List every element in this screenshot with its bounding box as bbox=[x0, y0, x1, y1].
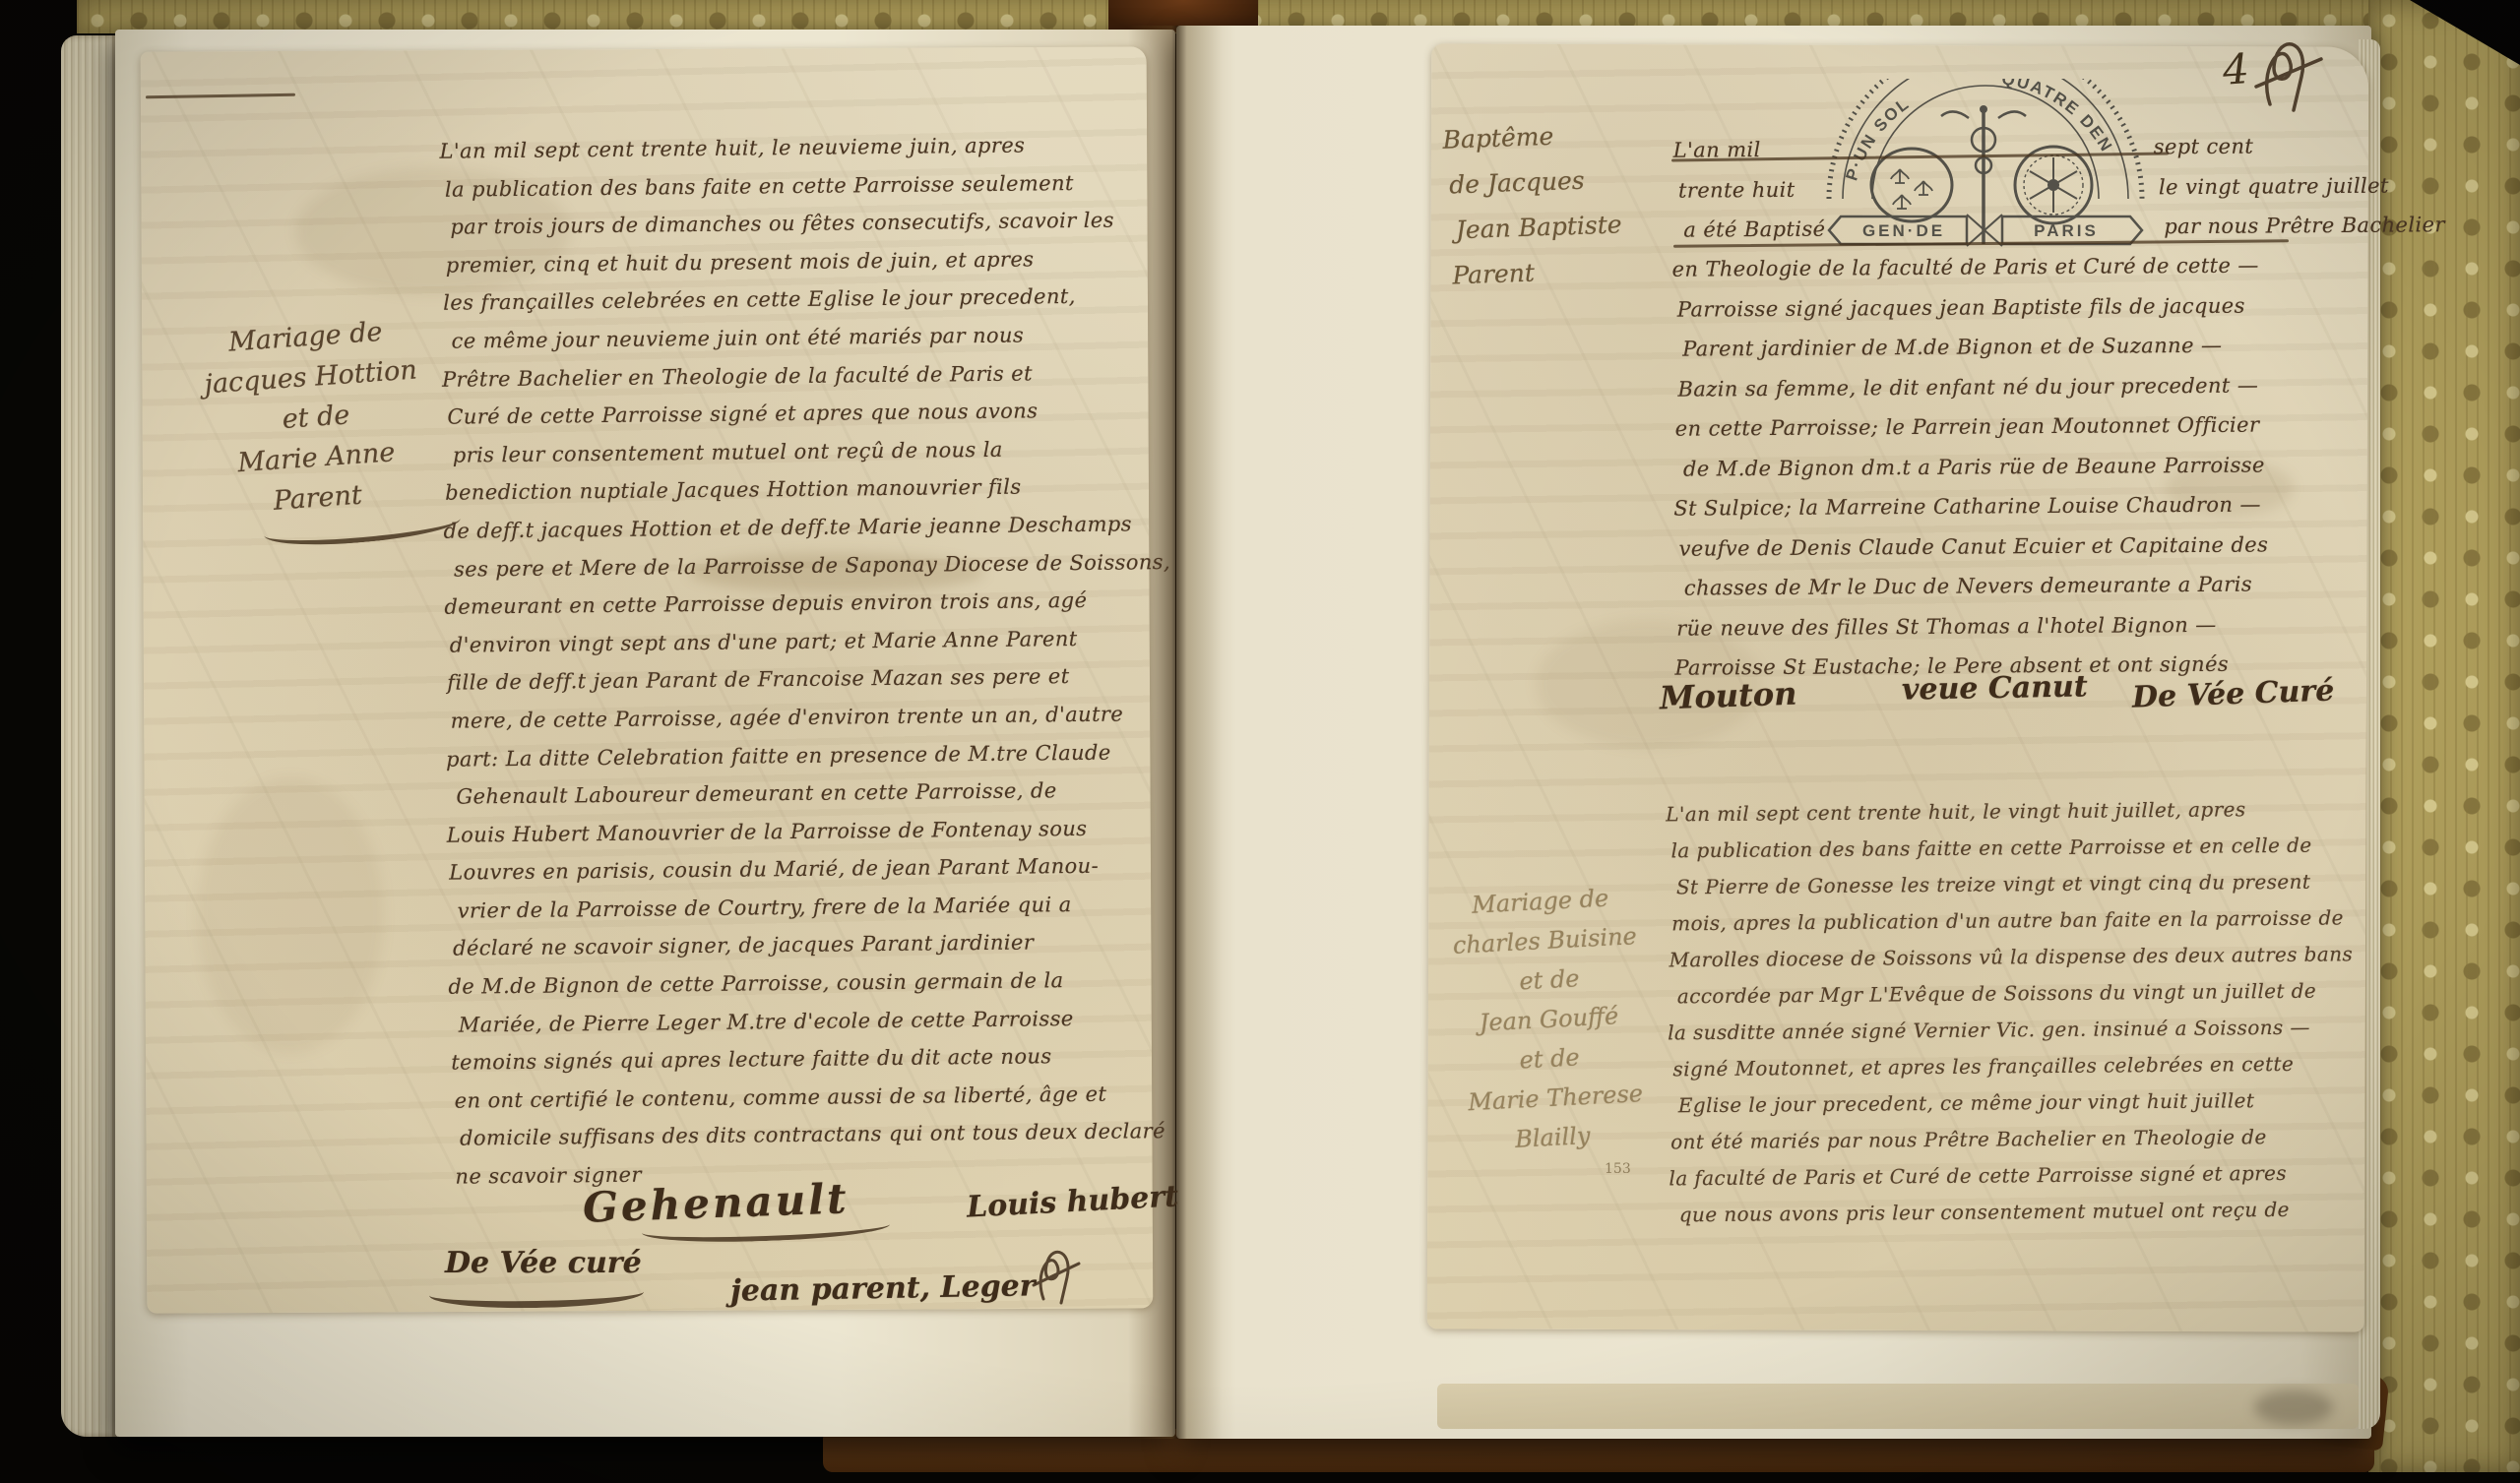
manuscript-line: de M.de Bignon dm.t a Paris rüe de Beaun… bbox=[1683, 444, 2431, 489]
page-number: 4 bbox=[2221, 44, 2250, 94]
manuscript-line: Marolles diocese de Soissons vû la dispe… bbox=[1669, 936, 2434, 979]
manuscript-line: St Sulpice; la Marreine Catharine Louise… bbox=[1673, 483, 2431, 528]
manuscript-line: que nous avons pris leur consentement mu… bbox=[1679, 1191, 2437, 1234]
manuscript-line: Bazin sa femme, le dit enfant né du jour… bbox=[1677, 364, 2430, 409]
manuscript-line: par trois jours de dimanches ou fêtes co… bbox=[450, 201, 1139, 246]
manuscript-line: de deff.t jacques Hottion et de deff.te … bbox=[443, 505, 1142, 550]
manuscript-split-line: a été Baptisépar nous Prêtre Bachelier bbox=[1683, 205, 2431, 250]
line-segment-right: le vingt quatre juillet bbox=[2159, 173, 2389, 199]
manuscript-line: chasses de Mr le Duc de Nevers demeurant… bbox=[1684, 563, 2432, 608]
manuscript-split-line: L'an milsept cent bbox=[1673, 125, 2431, 170]
signature-mouton: Mouton bbox=[1659, 675, 1797, 717]
margin-note-line: Baptême bbox=[1442, 110, 1650, 162]
margin-note-marriage-hottion: Mariage dejacques Hottionet deMarie Anne… bbox=[139, 306, 482, 530]
line-segment-left: a été Baptisé bbox=[1683, 207, 2164, 250]
signature-jean-parent-leger: jean parent, Leger bbox=[730, 1268, 1036, 1308]
margin-note-line: Jean Baptiste bbox=[1455, 201, 1653, 253]
line-segment-right: sept cent bbox=[2154, 135, 2254, 159]
next-sheet-peek bbox=[1437, 1384, 2359, 1429]
photographed-register-spread: Mariage dejacques Hottionet deMarie Anne… bbox=[0, 0, 2520, 1483]
manuscript-line: Curé de cette Parroisse signé et apres q… bbox=[447, 391, 1141, 436]
folio-number: 153 bbox=[1605, 1161, 1631, 1177]
manuscript-line: domicile suffisans des dits contractans … bbox=[460, 1113, 1149, 1158]
manuscript-line: Parroisse signé jacques jean Baptiste fi… bbox=[1677, 284, 2430, 330]
signature-cure-left: De Vée curé bbox=[445, 1246, 642, 1280]
shadow-corner bbox=[2410, 0, 2520, 65]
signature-cure-right: De Vée Curé bbox=[2131, 673, 2334, 714]
manuscript-line: vrier de la Parroisse de Courtry, frere … bbox=[457, 885, 1146, 930]
baptism-act-text-around-stamp: L'an milsept centtrente huitle vingt qua… bbox=[1673, 125, 2432, 250]
page-number-flourish bbox=[2252, 33, 2329, 118]
stamp-show-through bbox=[2254, 1390, 2333, 1425]
margin-note-bapteme-parent: Baptêmede JacquesJean BaptisteParent bbox=[1442, 110, 1655, 298]
marriage-act-text-right: L'an mil sept cent trente huit, le vingt… bbox=[1666, 790, 2437, 1234]
manuscript-line: mere, de cette Parroisse, agée d'environ… bbox=[450, 695, 1144, 740]
manuscript-split-line: trente huitle vingt quatre juillet bbox=[1678, 165, 2431, 211]
manuscript-line: Parent jardinier de M.de Bignon et de Su… bbox=[1682, 324, 2430, 369]
manuscript-line: en Theologie de la faculté de Paris et C… bbox=[1671, 244, 2429, 289]
baptism-act-text: en Theologie de la faculté de Paris et C… bbox=[1671, 244, 2432, 688]
manuscript-line: veufve de Denis Claude Canut Ecuier et C… bbox=[1678, 524, 2431, 569]
margin-note-line: de Jacques bbox=[1448, 155, 1651, 208]
marriage-act-text: L'an mil sept cent trente huit, le neuvi… bbox=[439, 125, 1149, 1196]
line-segment-left: trente huit bbox=[1678, 167, 2159, 211]
margin-note-line: Parent bbox=[1452, 246, 1655, 298]
signature-veue-canut: veue Canut bbox=[1902, 669, 2088, 707]
paraph-flourish bbox=[1030, 1242, 1083, 1311]
manuscript-line: rüe neuve des filles St Thomas a l'hotel… bbox=[1676, 603, 2432, 649]
manuscript-line: les françailles celebrées en cette Eglis… bbox=[443, 278, 1140, 323]
paper-stain bbox=[197, 777, 384, 1053]
page-stack-fore-edge bbox=[61, 35, 118, 1437]
line-segment-left: L'an mil bbox=[1673, 127, 2154, 170]
line-segment-right: par nous Prêtre Bachelier bbox=[2164, 213, 2445, 238]
margin-note-marriage-gouffe-blailly: Mariage decharles Buisineet deJean Gouff… bbox=[1430, 876, 1663, 1162]
manuscript-line: en cette Parroisse; le Parrein jean Mout… bbox=[1675, 403, 2431, 449]
